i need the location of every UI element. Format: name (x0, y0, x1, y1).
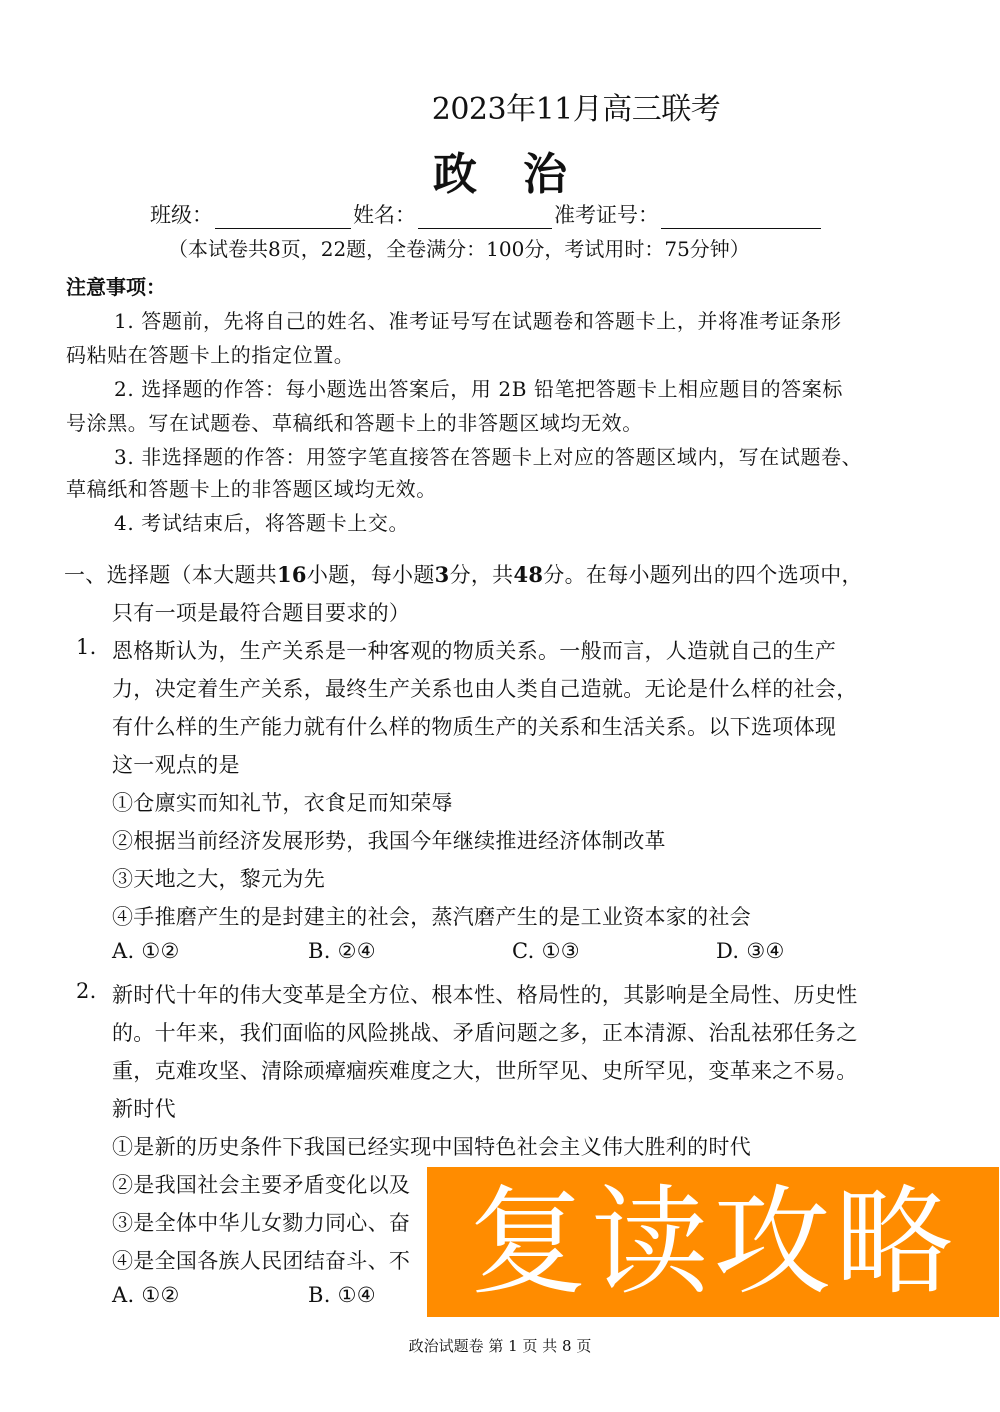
statement: ②是我国社会主要矛盾变化以及 (112, 1169, 410, 1199)
exam-title: 2023年11月高三联考 (0, 84, 1000, 128)
exam-page: 2023年11月高三联考 政治 班级： 姓名： 准考证号： （本试卷共8页，22… (0, 0, 1000, 1412)
question-stem-line: 新时代 (112, 1093, 176, 1123)
name-field[interactable] (418, 208, 552, 229)
watermark-banner: 复读攻略 (427, 1167, 999, 1317)
question-stem-line: 力，决定着生产关系，最终生产关系也由人类自己造就。无论是什么样的社会， (112, 673, 858, 703)
exam-meta: （本试卷共8页，22题，全卷满分：100分，考试用时：75分钟） (168, 233, 750, 262)
subject-title: 政治 (0, 138, 1000, 202)
class-field[interactable] (215, 208, 351, 229)
notice-line: 4. 考试结束后，将答题卡上交。 (114, 507, 409, 536)
subject-char-2: 治 (523, 138, 567, 202)
option-c[interactable]: C. ①③ (512, 939, 580, 963)
statement: ③天地之大，黎元为先 (112, 863, 325, 893)
notice-line: 3. 非选择题的作答：用签字笔直接答在答题卡上对应的答题区域内，写在试题卷、 (114, 441, 862, 470)
notice-line: 码粘贴在答题卡上的指定位置。 (66, 339, 354, 368)
question-stem-line: 的。十年来，我们面临的风险挑战、矛盾问题之多，正本清源、治乱祛邪任务之 (112, 1017, 858, 1047)
statement: ①仓廪实而知礼节，衣食足而知荣辱 (112, 787, 453, 817)
question-stem-line: 重，克难攻坚、清除顽瘴痼疾难度之大，世所罕见、史所罕见，变革来之不易。 (112, 1055, 858, 1085)
class-label: 班级： (150, 199, 213, 229)
watermark-text: 复读攻略 (469, 1183, 957, 1301)
notice-line: 号涂黑。写在试题卷、草稿纸和答题卡上的非答题区域均无效。 (66, 407, 643, 436)
statement: ①是新的历史条件下我国已经实现中国特色社会主义伟大胜利的时代 (112, 1131, 751, 1161)
option-b[interactable]: B. ①④ (308, 1283, 376, 1307)
option-d[interactable]: D. ③④ (716, 939, 785, 963)
statement: ③是全体中华儿女勠力同心、奋 (112, 1207, 410, 1237)
statement: ④是全国各族人民团结奋斗、不 (112, 1245, 410, 1275)
question-stem-line: 这一观点的是 (112, 749, 240, 779)
exam-id-field[interactable] (661, 208, 821, 229)
question-number: 2. (76, 979, 97, 1003)
subject-char-1: 政 (433, 138, 477, 202)
name-label: 姓名： (353, 199, 416, 229)
section-heading-line2: 只有一项是最符合题目要求的） (112, 597, 410, 627)
question-stem-line: 新时代十年的伟大变革是全方位、根本性、格局性的，其影响是全局性、历史性 (112, 979, 858, 1009)
notice-title: 注意事项： (66, 271, 166, 300)
statement: ②根据当前经济发展形势，我国今年继续推进经济体制改革 (112, 825, 666, 855)
question-stem-line: 恩格斯认为，生产关系是一种客观的物质关系。一般而言，人造就自己的生产 (112, 635, 836, 665)
exam-id-label: 准考证号： (554, 199, 659, 229)
option-b[interactable]: B. ②④ (308, 939, 376, 963)
statement: ④手推磨产生的是封建主的社会，蒸汽磨产生的是工业资本家的社会 (112, 901, 751, 931)
question-number: 1. (76, 635, 97, 659)
section-heading: 一、选择题（本大题共16小题，每小题3分，共48分。在每小题列出的四个选项中， (64, 559, 863, 589)
student-info-row: 班级： 姓名： 准考证号： (150, 199, 823, 229)
question-stem-line: 有什么样的生产能力就有什么样的物质生产的关系和生活关系。以下选项体现 (112, 711, 836, 741)
option-a[interactable]: A. ①② (112, 1283, 180, 1307)
notice-line: 2. 选择题的作答：每小题选出答案后，用 2B 铅笔把答题卡上相应题目的答案标 (114, 373, 843, 402)
option-a[interactable]: A. ①② (112, 939, 180, 963)
notice-line: 1. 答题前，先将自己的姓名、准考证号写在试题卷和答题卡上，并将准考证条形 (114, 305, 842, 334)
notice-line: 草稿纸和答题卡上的非答题区域均无效。 (66, 473, 437, 502)
page-footer: 政治试题卷 第 1 页 共 8 页 (0, 1335, 1000, 1356)
